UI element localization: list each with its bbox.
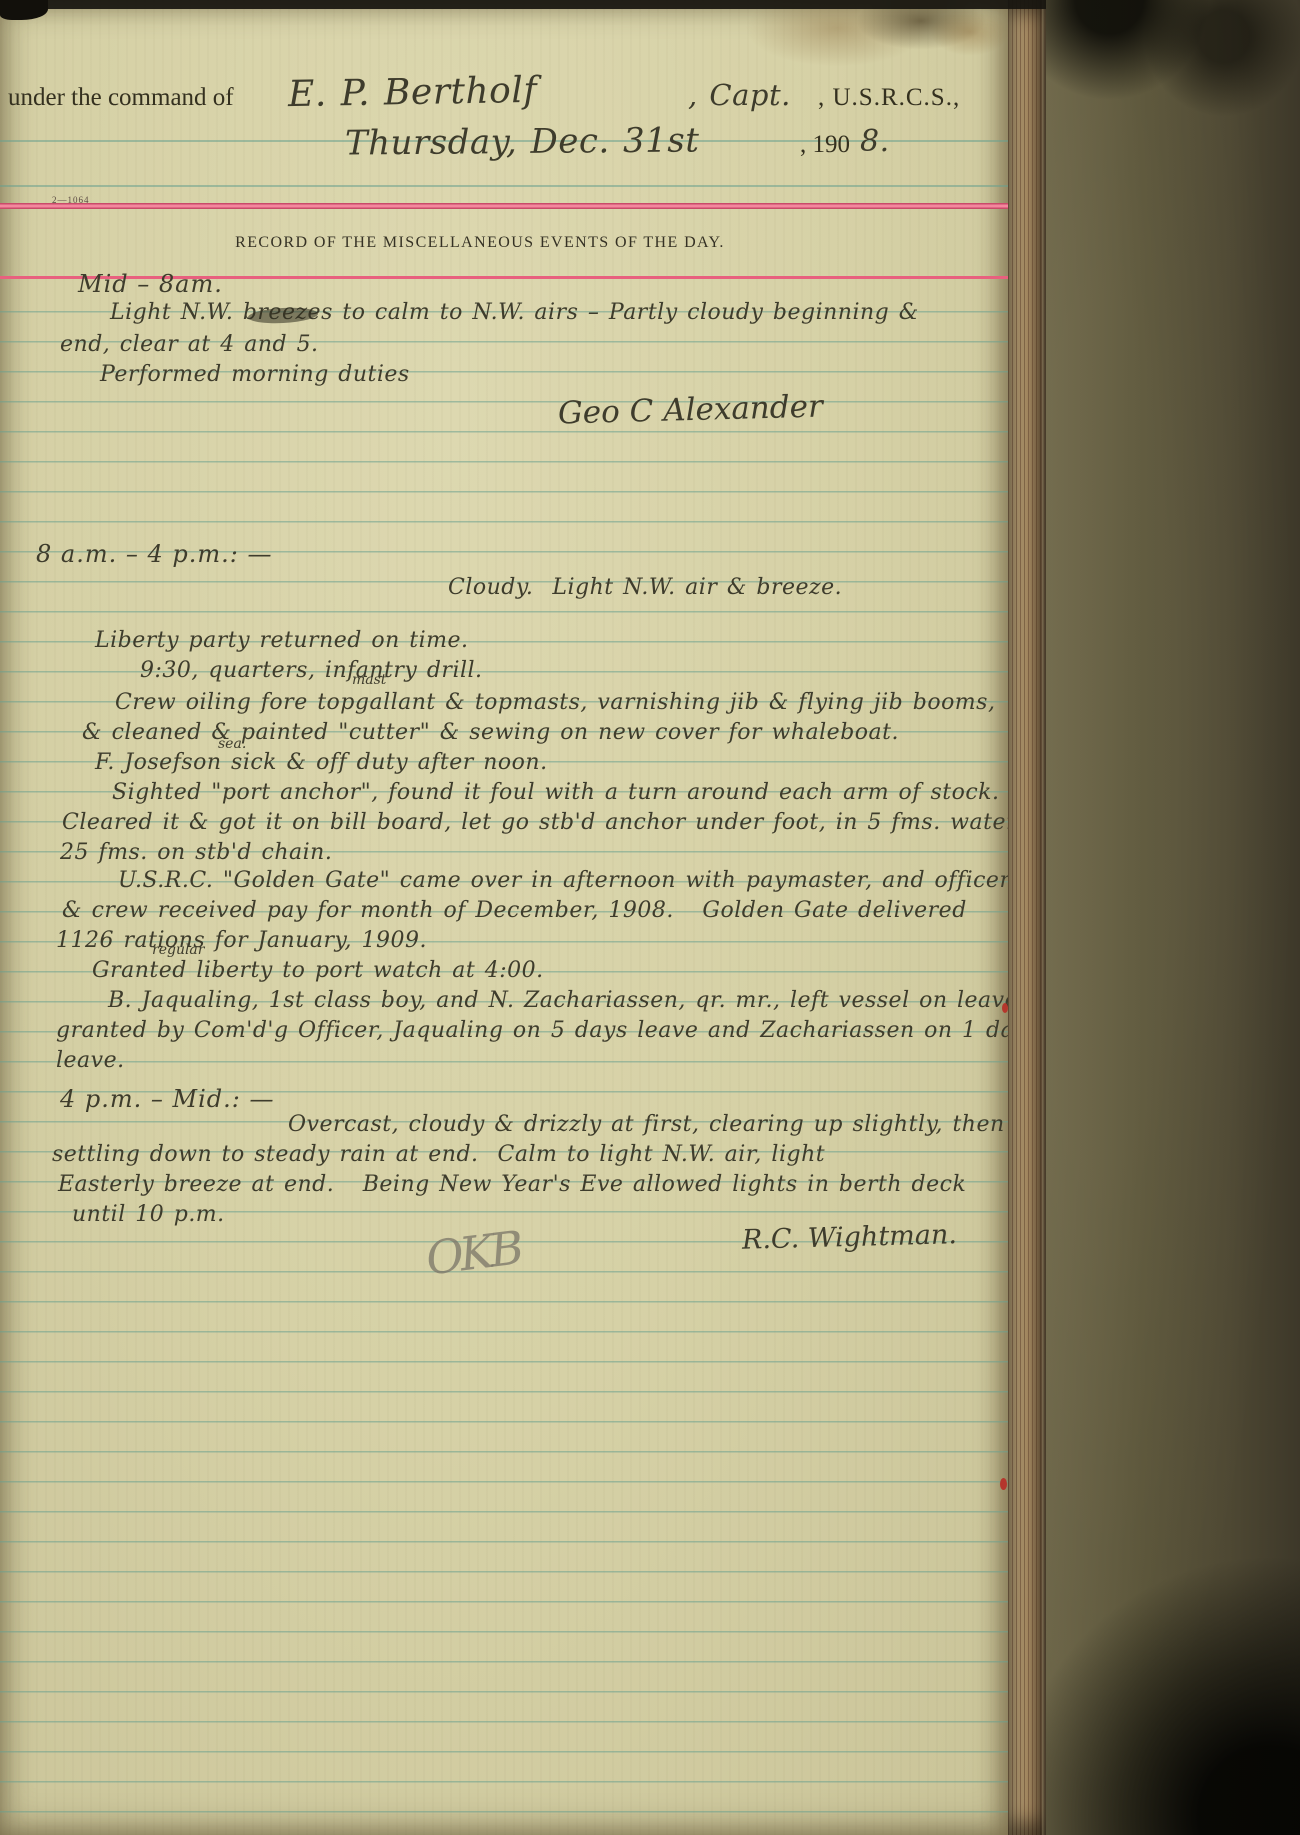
- pink-rule-top: [0, 203, 1008, 209]
- watch2-line: U.S.R.C. "Golden Gate" came over in afte…: [118, 868, 1022, 893]
- watch3-heading: 4 p.m. – Mid.: —: [60, 1085, 275, 1113]
- page-edge-stack: [1008, 0, 1046, 1835]
- command-prefix-label: under the command of: [8, 84, 234, 112]
- log-page: under the command of E. P. Bertholf , Ca…: [0, 0, 1008, 1835]
- watch3-line: Easterly breeze at end. Being New Year's…: [58, 1172, 966, 1197]
- watch2-line: B. Jaqualing, 1st class boy, and N. Zach…: [108, 988, 1018, 1013]
- watch2-line: Crew oiling fore topgallant & topmasts, …: [115, 690, 995, 715]
- watch1-line: Performed morning duties: [100, 362, 410, 387]
- logbook-scan: under the command of E. P. Bertholf , Ca…: [0, 0, 1300, 1835]
- watch3-signature: R.C. Wightman.: [742, 1219, 958, 1256]
- watch2-line: F. Josefson sick & off duty after noon.: [95, 750, 548, 775]
- watch2-line: Cleared it & got it on bill board, let g…: [62, 810, 1022, 835]
- book-cover: [1046, 0, 1300, 1835]
- watch2-insertion-regular: regular: [152, 942, 204, 958]
- watch2-insertion-mast: mast: [352, 672, 386, 688]
- watch1-line: Light N.W. breezes to calm to N.W. airs …: [110, 300, 919, 325]
- watch1-line: end, clear at 4 and 5.: [60, 332, 319, 357]
- watch2-line: Sighted "port anchor", found it foul wit…: [112, 780, 999, 805]
- paper-stain: [930, 8, 1010, 56]
- service-label: , U.S.R.C.S.,: [818, 84, 960, 112]
- watch1-heading: Mid – 8am.: [78, 270, 223, 298]
- date-handwritten: Thursday, Dec. 31st: [345, 120, 700, 163]
- watch2-line: 25 fms. on stb'd chain.: [60, 840, 332, 865]
- rank-handwritten: , Capt.: [688, 78, 791, 112]
- pencil-initials: OKB: [423, 1220, 523, 1285]
- watch2-line: 9:30, quarters, infantry drill.: [140, 658, 483, 683]
- watch3-line: until 10 p.m.: [72, 1202, 225, 1227]
- year-printed-label: , 190: [800, 131, 850, 159]
- watch2-line: leave.: [56, 1048, 125, 1073]
- watch2-line: granted by Com'd'g Officer, Jaqualing on…: [56, 1018, 1039, 1043]
- watch2-line: Granted liberty to port watch at 4:00.: [92, 958, 544, 983]
- watch2-line: & cleaned & painted "cutter" & sewing on…: [82, 720, 899, 745]
- watch2-line: & crew received pay for month of Decembe…: [62, 898, 967, 923]
- watch1-signature: Geo C Alexander: [558, 389, 824, 432]
- watch2-weather: Cloudy. Light N.W. air & breeze.: [448, 575, 842, 600]
- watch3-line: settling down to steady rain at end. Cal…: [52, 1142, 825, 1167]
- top-dark-edge: [0, 0, 1046, 9]
- ruled-lines: [0, 311, 1008, 1825]
- red-edge-mark: [1002, 1003, 1008, 1013]
- watch3-line: Overcast, cloudy & drizzly at first, cle…: [288, 1112, 1005, 1137]
- page-title: RECORD OF THE MISCELLANEOUS EVENTS OF TH…: [0, 234, 960, 252]
- paper-stain: [742, 0, 932, 68]
- watch2-line: Liberty party returned on time.: [95, 628, 469, 653]
- form-number: 2—1064: [52, 195, 90, 205]
- commander-name-handwritten: E. P. Bertholf: [288, 70, 538, 115]
- red-edge-mark: [1000, 1478, 1007, 1490]
- watch2-line: 1126 rations for January, 1909.: [56, 928, 427, 953]
- year-digit-handwritten: 8.: [860, 124, 890, 159]
- watch2-heading: 8 a.m. – 4 p.m.: —: [36, 540, 272, 568]
- ruled-line-header-2: [0, 185, 1008, 187]
